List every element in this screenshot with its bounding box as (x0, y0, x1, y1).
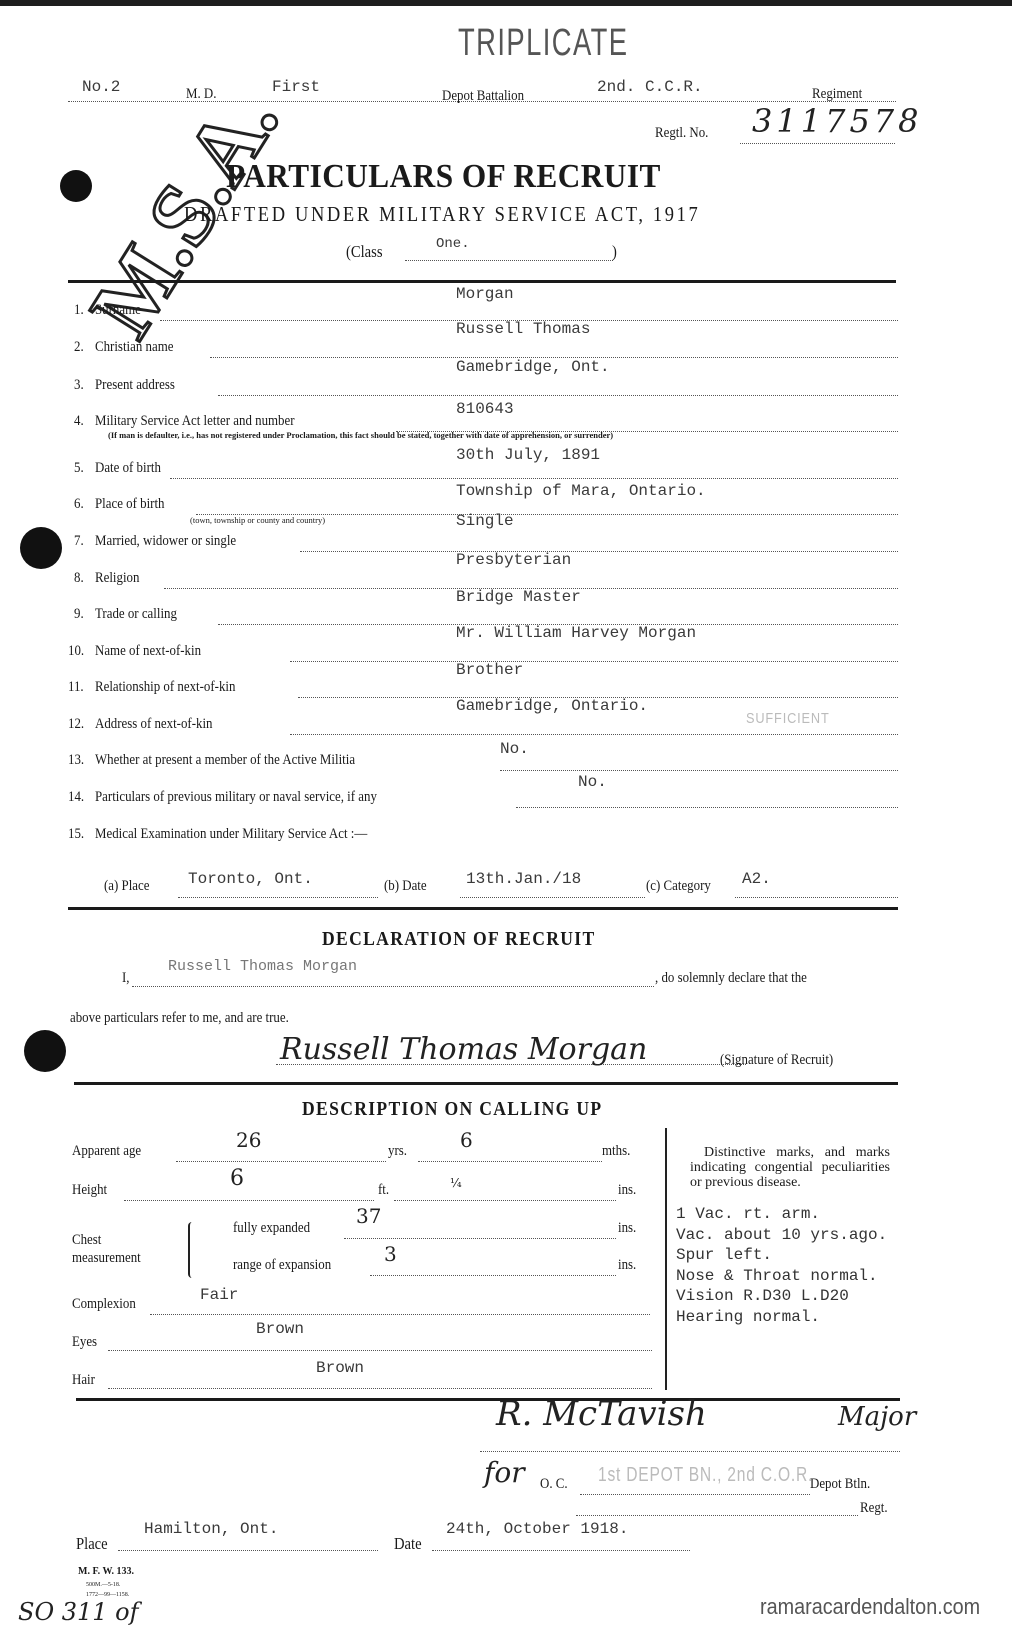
particular-label: Religion (95, 570, 139, 587)
officer-signature: R. McTavish (496, 1394, 707, 1434)
height-label: Height (72, 1182, 107, 1199)
ins-label: ins. (618, 1182, 636, 1199)
particular-number: 7. (74, 533, 84, 550)
particular-label: Date of birth (95, 460, 161, 477)
punch-hole (20, 527, 62, 569)
particular-note: (If man is defaulter, i.e., has not regi… (108, 430, 613, 440)
declaration-suffix: , do solemnly declare that the (655, 970, 807, 987)
officer-rank: Major (838, 1402, 916, 1432)
regiment-value: 2nd. C.C.R. (597, 78, 703, 96)
footer-date-label: Date (394, 1534, 422, 1554)
page-title: PARTICULARS OF RECRUIT (226, 158, 661, 196)
particular-line (516, 806, 898, 808)
regtl-no-label: Regtl. No. (655, 125, 708, 142)
particular-number: 4. (74, 413, 84, 430)
particular-line (170, 477, 898, 479)
particular-value: 30th July, 1891 (456, 446, 600, 464)
particular-value: Bridge Master (456, 588, 581, 606)
signature-label: (Signature of Recruit) (720, 1052, 833, 1069)
particular-line (218, 394, 898, 396)
regiment-label: Regiment (812, 86, 862, 103)
medical-place-line (178, 896, 378, 898)
sufficient-stamp: SUFFICIENT (746, 710, 830, 727)
scan-top-border (0, 0, 1012, 6)
form-id: M. F. W. 133. (78, 1566, 134, 1577)
marks-item: Vision R.D30 L.D20 (676, 1286, 887, 1307)
particular-line (290, 660, 898, 662)
particular-number: 2. (74, 339, 84, 356)
regt-line (576, 1514, 858, 1516)
ft-label: ft. (378, 1182, 389, 1199)
watermark: ramaracardendalton.com (760, 1594, 980, 1620)
particular-number: 3. (74, 377, 84, 394)
hair-label: Hair (72, 1372, 95, 1389)
regtl-no-line (740, 142, 895, 144)
medical-place-value: Toronto, Ont. (188, 870, 313, 888)
age-years-line (176, 1160, 386, 1162)
declaration-prefix: I, (122, 970, 130, 987)
declaration-name: Russell Thomas Morgan (168, 958, 357, 975)
marks-list: 1 Vac. rt. arm. Vac. about 10 yrs.ago. S… (676, 1204, 887, 1327)
particular-value: Gamebridge, Ontario. (456, 697, 648, 715)
particular-note: (town, township or county and country) (190, 515, 325, 525)
complexion-label: Complexion (72, 1296, 136, 1313)
medical-date-value: 13th.Jan./18 (466, 870, 581, 888)
md-number: No.2 (82, 78, 120, 96)
footer-place-value: Hamilton, Ont. (144, 1520, 278, 1538)
for-mark: for (484, 1456, 525, 1489)
medical-category-line (735, 896, 898, 898)
complexion-value: Fair (200, 1286, 238, 1304)
hair-value: Brown (316, 1359, 364, 1377)
triplicate-stamp: TRIPLICATE (458, 22, 628, 65)
chest-label-2: measurement (72, 1250, 141, 1267)
age-years-value: 26 (236, 1128, 261, 1152)
age-months-line (418, 1160, 602, 1162)
apparent-age-label: Apparent age (72, 1143, 141, 1160)
description-heading: DESCRIPTION ON CALLING UP (302, 1098, 602, 1121)
recruit-signature: Russell Thomas Morgan (280, 1032, 647, 1067)
medical-category-label: (c) Category (646, 878, 711, 895)
class-value: One. (436, 236, 470, 252)
section-divider (74, 1082, 898, 1085)
medical-date-label: (b) Date (384, 878, 427, 895)
particular-value: 810643 (456, 400, 514, 418)
particular-number: 6. (74, 496, 84, 513)
particular-label: Present address (95, 377, 175, 394)
range-expansion-line (370, 1274, 616, 1276)
class-close: ) (612, 242, 617, 262)
oc-line (580, 1493, 810, 1495)
height-in-value: ¼ (450, 1176, 462, 1190)
particular-value: Morgan (456, 285, 514, 303)
class-label: (Class (346, 242, 383, 262)
particular-number: 13. (68, 752, 84, 769)
yrs-label: yrs. (388, 1143, 407, 1160)
section-divider (68, 907, 898, 910)
particular-line (500, 769, 898, 771)
mths-label: mths. (602, 1143, 630, 1160)
ins-label: ins. (618, 1220, 636, 1237)
marks-divider (665, 1128, 667, 1390)
particular-number: 14. (68, 789, 84, 806)
footer-place-line (118, 1549, 378, 1551)
particular-label: Name of next-of-kin (95, 643, 201, 660)
particular-line (290, 733, 898, 735)
eyes-line (108, 1349, 652, 1351)
hair-line (108, 1387, 652, 1389)
particular-label: Medical Examination under Military Servi… (95, 826, 367, 843)
range-expansion-value: 3 (384, 1242, 397, 1266)
declaration-line2: above particulars refer to me, and are t… (70, 1010, 289, 1027)
medical-category-value: A2. (742, 870, 771, 888)
medical-place-label: (a) Place (104, 878, 149, 895)
class-line (405, 259, 613, 261)
height-in-line (394, 1199, 616, 1201)
ins-label: ins. (618, 1257, 636, 1274)
depot-battalion-value: First (272, 78, 320, 96)
marks-item: Vac. about 10 yrs.ago. (676, 1225, 887, 1246)
particular-number: 8. (74, 570, 84, 587)
officer-line (480, 1450, 900, 1452)
particular-label: Whether at present a member of the Activ… (95, 752, 355, 769)
particular-label: Place of birth (95, 496, 164, 513)
eyes-value: Brown (256, 1320, 304, 1338)
medical-date-line (460, 896, 645, 898)
particular-label: Relationship of next-of-kin (95, 679, 235, 696)
particular-value: No. (500, 740, 529, 758)
chest-label: Chest (72, 1232, 101, 1249)
declaration-name-line (132, 985, 654, 987)
oc-label: O. C. (540, 1476, 568, 1493)
particular-label: Christian name (95, 339, 173, 356)
section-divider (68, 280, 896, 283)
age-months-value: 6 (460, 1128, 473, 1152)
particular-value: No. (578, 773, 607, 791)
particular-number: 10. (68, 643, 84, 660)
particular-line (300, 550, 898, 552)
regtl-no-value: 3117578 (752, 102, 923, 140)
fully-expanded-value: 37 (356, 1204, 381, 1228)
page-subtitle: DRAFTED UNDER MILITARY SERVICE ACT, 1917 (184, 202, 700, 227)
fully-expanded-label: fully expanded (233, 1220, 310, 1237)
regt-label: Regt. (860, 1500, 888, 1517)
depot-btn-label: Depot Btln. (810, 1476, 870, 1493)
marks-heading: Distinctive marks, and marks indicating … (690, 1145, 890, 1190)
footer-date-line (432, 1549, 690, 1551)
fully-expanded-line (344, 1237, 616, 1239)
particular-number: 1. (74, 302, 84, 319)
particular-value: Russell Thomas (456, 320, 590, 338)
section-divider (76, 1398, 900, 1401)
range-expansion-label: range of expansion (233, 1257, 331, 1274)
particular-value: Township of Mara, Ontario. (456, 482, 706, 500)
particular-value: Presbyterian (456, 551, 571, 569)
particular-value: Mr. William Harvey Morgan (456, 624, 696, 642)
particular-number: 11. (68, 679, 84, 696)
handwritten-ref: SO 311 of (18, 1598, 139, 1626)
particular-label: Particulars of previous military or nava… (95, 789, 377, 806)
particular-value: Single (456, 512, 514, 530)
footer-date-value: 24th, October 1918. (446, 1520, 628, 1538)
footer-place-label: Place (76, 1534, 108, 1554)
particular-label: Trade or calling (95, 606, 177, 623)
marks-item: 1 Vac. rt. arm. (676, 1204, 887, 1225)
declaration-heading: DECLARATION OF RECRUIT (322, 928, 596, 951)
chest-brace (188, 1222, 196, 1278)
particular-number: 12. (68, 716, 84, 733)
punch-hole (24, 1030, 66, 1072)
depot-battalion-label: Depot Battalion (442, 88, 524, 105)
particular-label: Military Service Act letter and number (95, 413, 295, 430)
particular-number: 5. (74, 460, 84, 477)
marks-item: Spur left. (676, 1245, 887, 1266)
marks-item: Hearing normal. (676, 1307, 887, 1328)
particular-value: Gamebridge, Ont. (456, 358, 610, 376)
form-print-run: 500M.—5-18. (86, 1582, 120, 1588)
height-ft-value: 6 (230, 1166, 244, 1191)
particular-label: Address of next-of-kin (95, 716, 213, 733)
height-ft-line (124, 1199, 374, 1201)
particular-label: Married, widower or single (95, 533, 236, 550)
complexion-line (150, 1313, 650, 1315)
particular-number: 9. (74, 606, 84, 623)
particular-value: Brother (456, 661, 523, 679)
oc-stamp: 1st DEPOT BN., 2nd C.O.R. (598, 1464, 813, 1487)
particular-label: Surname (95, 302, 141, 319)
eyes-label: Eyes (72, 1334, 97, 1351)
marks-item: Nose & Throat normal. (676, 1266, 887, 1287)
punch-hole (60, 170, 92, 202)
particular-number: 15. (68, 826, 84, 843)
